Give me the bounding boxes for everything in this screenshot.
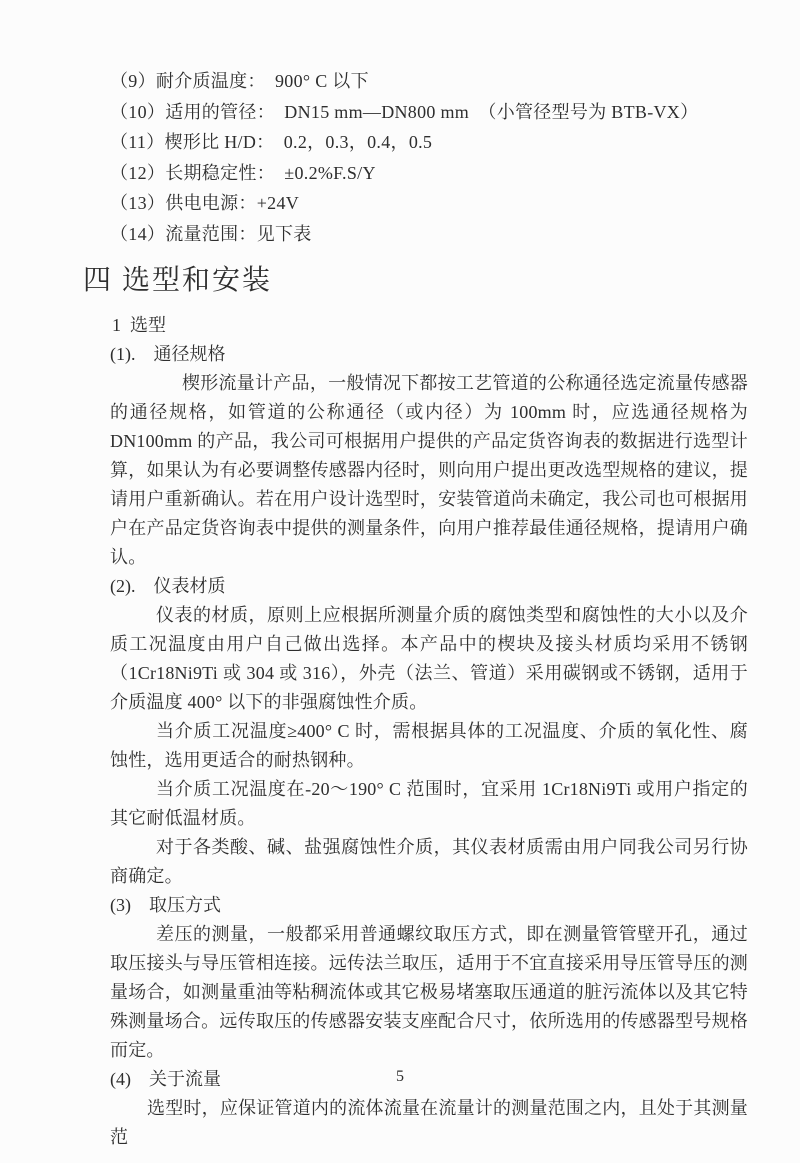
paragraph-material-4: 对于各类酸、碱、盐强腐蚀性介质，其仪表材质需由用户同我公司另行协商确定。 <box>110 833 748 891</box>
paragraph-material-3: 当介质工况温度在-20～190° C 范围时，宜采用 1Cr18Ni9Ti 或用… <box>110 775 748 833</box>
spec-item-11: （11）楔形比 H/D： 0.2，0.3，0.4，0.5 <box>110 127 748 158</box>
subsection-label-1: (1). 通径规格 <box>110 340 748 369</box>
paragraph-diameter-spec: 楔形流量计产品，一般情况下都按工艺管道的公称通径选定流量传感器的通径规格，如管道… <box>110 369 748 572</box>
section-title-selection: 1 选型 <box>112 311 748 340</box>
chapter-heading: 四 选型和安装 <box>83 263 748 299</box>
subsection-label-3: (3) 取压方式 <box>110 891 748 920</box>
spec-item-14: （14）流量范围：见下表 <box>110 219 748 250</box>
subsection-label-2: (2). 仪表材质 <box>110 572 748 601</box>
spec-item-13: （13）供电电源：+24V <box>110 188 748 219</box>
spec-list: （9）耐介质温度： 900° C 以下 （10）适用的管径： DN15 mm—D… <box>110 66 748 249</box>
spec-item-12: （12）长期稳定性： ±0.2%F.S/Y <box>110 158 748 189</box>
document-page: （9）耐介质温度： 900° C 以下 （10）适用的管径： DN15 mm—D… <box>0 0 800 1163</box>
page-number: 5 <box>0 1068 800 1086</box>
paragraph-flow-rate: 选型时，应保证管道内的流体流量在流量计的测量范围之内，且处于其测量范 <box>110 1094 748 1152</box>
spec-item-9: （9）耐介质温度： 900° C 以下 <box>110 66 748 97</box>
spec-item-10: （10）适用的管径： DN15 mm—DN800 mm （小管径型号为 BTB-… <box>110 97 748 128</box>
paragraph-material-1: 仪表的材质，原则上应根据所测量介质的腐蚀类型和腐蚀性的大小以及介质工况温度由用户… <box>110 601 748 717</box>
paragraph-pressure-tapping: 差压的测量，一般都采用普通螺纹取压方式，即在测量管管壁开孔，通过取压接头与导压管… <box>110 920 748 1065</box>
paragraph-material-2: 当介质工况温度≥400° C 时，需根据具体的工况温度、介质的氧化性、腐蚀性，选… <box>110 717 748 775</box>
